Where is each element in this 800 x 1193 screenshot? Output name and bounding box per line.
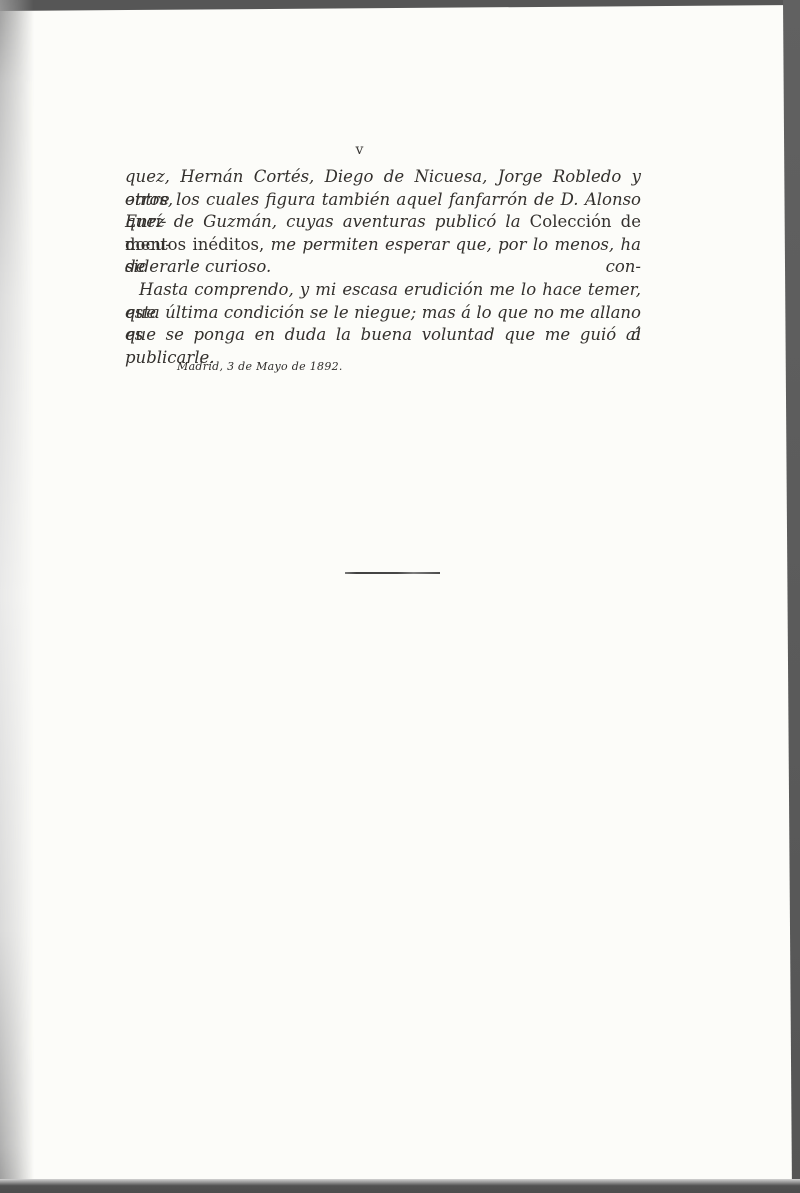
section-divider-rule [345, 572, 440, 574]
scan-edge-top [0, 0, 800, 12]
scan-gutter-left [0, 0, 34, 1193]
paragraph2-line3: que se ponga en duda la buena voluntad q… [125, 324, 641, 347]
paragraph1-line2: entre los cuales figura también aquel fa… [125, 189, 641, 212]
paragraph1-line3: quez de Guzmán, cuyas aventuras publicó … [125, 211, 641, 234]
body-text: quez, Hernán Cortés, Diego de Nicuesa, J… [125, 166, 641, 373]
dateline: Madrid, 3 de Mayo de 1892. [177, 360, 641, 373]
scan-edge-bottom [0, 1179, 800, 1193]
paragraph1-line4: mentos inéditos, me permiten esperar que… [125, 234, 641, 257]
paragraph1-line3-italic: quez de Guzmán, cuyas aventuras publicó … [125, 212, 530, 231]
paragraph1-line4-roman: mentos inéditos, [125, 235, 271, 254]
paragraph2-line2: esta última condición se le niegue; mas … [125, 302, 641, 325]
page-number: v [125, 142, 595, 158]
scan-edge-right [783, 0, 800, 1193]
paragraph1-line1: quez, Hernán Cortés, Diego de Nicuesa, J… [125, 166, 641, 189]
paragraph2-line1: Hasta comprendo, y mi escasa erudición m… [125, 279, 641, 302]
scanned-book-page: v quez, Hernán Cortés, Diego de Nicuesa,… [0, 0, 800, 1193]
